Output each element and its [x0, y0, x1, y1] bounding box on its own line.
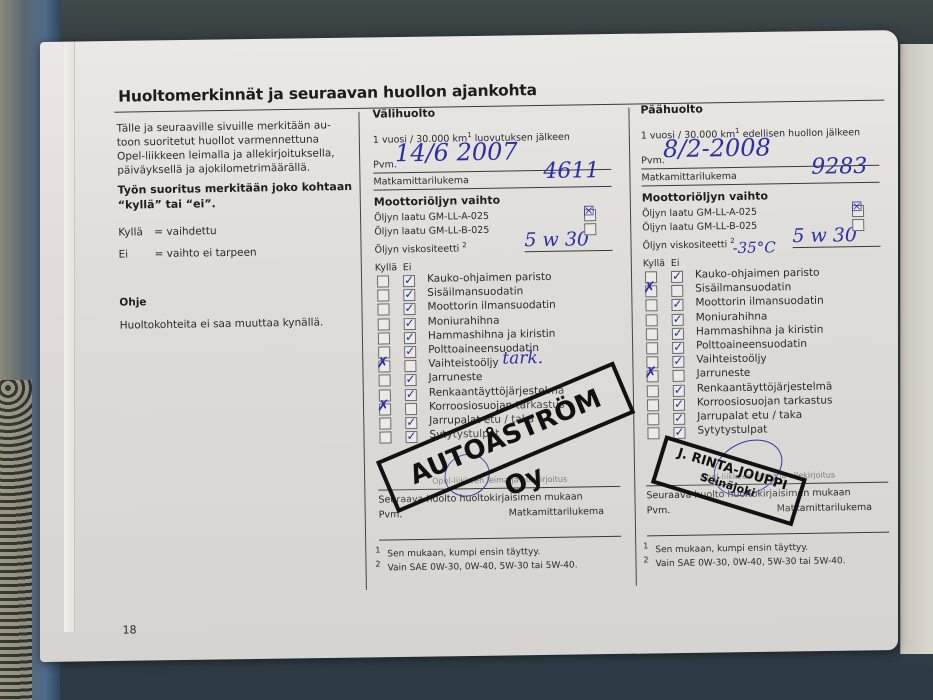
- note-text: Huoltokohteita ei saa muuttaa kynällä.: [120, 315, 324, 332]
- no-checkbox[interactable]: ✓: [405, 374, 417, 386]
- handwritten-date[interactable]: 8/2-2008: [663, 133, 771, 163]
- checklist-row: ✗Korroosiosuojan tarkastus: [0, 0, 928, 8]
- check-mark-icon: ✓: [672, 297, 682, 311]
- column-divider: [358, 112, 367, 590]
- check-mark-icon: ✓: [405, 316, 415, 330]
- checklist-row: ✓Kauko-ohjaimen paristo: [0, 0, 928, 8]
- no-checkbox[interactable]: ✓: [404, 346, 416, 358]
- viscosity-text: Öljyn viskositeetti: [374, 243, 459, 255]
- oil-change-heading: Moottoriöljyn vaihto: [642, 189, 768, 205]
- yes-checkbox[interactable]: [379, 375, 391, 387]
- oil-b-checkbox[interactable]: [584, 223, 596, 235]
- oil-a-checkbox[interactable]: ☒: [852, 205, 864, 217]
- handwritten-date[interactable]: 14/6 2007: [395, 137, 518, 167]
- intro-section: Tälle ja seuraaville sivuille merkitään …: [0, 0, 928, 8]
- check-mark-icon: ✓: [673, 311, 683, 325]
- no-checkbox[interactable]: [673, 370, 685, 382]
- yes-checkbox[interactable]: [647, 385, 659, 397]
- no-checkbox[interactable]: ✓: [403, 303, 415, 315]
- footnote-ref: 2: [462, 241, 467, 249]
- legend-value-no: = vaihto ei tarpeen: [155, 245, 257, 261]
- oil-b-checkbox[interactable]: [852, 219, 864, 231]
- check-mark-icon: ✓: [673, 354, 683, 368]
- no-checkbox[interactable]: [404, 360, 416, 372]
- yes-checkbox[interactable]: [647, 427, 659, 439]
- yes-checkbox[interactable]: [378, 318, 390, 330]
- checklist-item-label: Moottorin ilmansuodatin: [695, 295, 823, 309]
- checklist-row: ✓Jarrupalat etu / taka: [0, 0, 928, 8]
- checklist-row: ✓Sytytystulpat: [0, 0, 928, 8]
- yes-checkbox[interactable]: ✗: [378, 361, 390, 373]
- no-checkbox[interactable]: ✓: [671, 271, 683, 283]
- checklist-item-label: Korroosiosuojan tarkastus: [697, 394, 833, 408]
- check-mark-icon: ✓: [405, 344, 415, 358]
- note-heading: Ohje: [119, 295, 146, 309]
- no-checkbox[interactable]: ✓: [404, 332, 416, 344]
- checklist-row: ✗Jarruneste: [0, 0, 928, 8]
- yes-checkbox[interactable]: [647, 413, 659, 425]
- yes-checkbox[interactable]: [377, 304, 389, 316]
- checklist-row: ✓Renkaantäyttöjärjestelmä: [0, 0, 928, 8]
- yes-checkbox[interactable]: [646, 342, 658, 354]
- oil-a-checkbox[interactable]: ☒: [584, 209, 596, 221]
- check-mark-icon: ✓: [674, 382, 684, 396]
- check-mark-icon: ✓: [672, 269, 682, 283]
- column-divider: [628, 108, 637, 586]
- viscosity-label: Öljyn viskositeetti 2: [642, 234, 734, 254]
- yes-checkbox[interactable]: [646, 328, 658, 340]
- legend-key-yes: Kyllä: [118, 225, 143, 239]
- instruction-line: Työn suoritus merkitään joko kohtaan: [117, 180, 352, 198]
- checklist-row: ✓Renkaantäyttöjärjestelmä: [0, 0, 928, 8]
- checklist-item-label: Renkaantäyttöjärjestelmä: [697, 380, 833, 394]
- yes-checkbox[interactable]: ✗: [645, 285, 657, 297]
- viscosity-text: Öljyn viskositeetti: [642, 239, 727, 251]
- checklist-item-label: Jarruneste: [696, 367, 750, 380]
- checklist-row: ✓Jarruneste: [0, 0, 928, 8]
- checklist-row: ✓Hammashihna ja kiristin: [0, 0, 928, 8]
- check-mark-icon: ✓: [673, 340, 683, 354]
- odometer-label: Matkamittarilukema: [373, 174, 469, 189]
- checklist-row: ✓Sisäilmansuodatin: [0, 0, 928, 8]
- checklist-row: ✓Moniurahihna: [0, 0, 928, 8]
- footnote-2: Vain SAE 0W-30, 0W-40, 5W-30 tai 5W-40.: [655, 554, 845, 571]
- cross-mark-icon: ✗: [644, 366, 657, 380]
- next-date-label: Pvm.: [647, 504, 671, 518]
- no-checkbox[interactable]: ✓: [403, 275, 415, 287]
- check-mark-icon: ✓: [404, 301, 414, 315]
- checklist-item-label: Sisäilmansuodatin: [427, 286, 523, 300]
- no-checkbox[interactable]: ✓: [671, 299, 683, 311]
- odometer-label: Matkamittarilukema: [641, 170, 737, 185]
- handwritten-viscosity[interactable]: 5 w 30: [792, 224, 857, 247]
- handwritten-gear-oil-note[interactable]: tark.: [502, 348, 543, 369]
- yes-checkbox[interactable]: [645, 300, 657, 312]
- footnote-divider: [647, 532, 889, 537]
- page-content: Huoltomerkinnät ja seuraavan huollon aja…: [0, 0, 933, 700]
- footnote-2: Vain SAE 0W-30, 0W-40, 5W-30 tai 5W-40.: [387, 558, 577, 575]
- checklist-item-label: Sisäilmansuodatin: [695, 281, 791, 295]
- service-column-paahuolto: Päähuolto1 vuosi / 30.000 km1 edellisen …: [0, 0, 928, 8]
- check-mark-icon: ✓: [404, 273, 414, 287]
- legend-key-no: Ei: [119, 248, 129, 262]
- service-name: Välihuolto: [372, 107, 435, 122]
- viscosity-label: Öljyn viskositeetti 2: [374, 238, 466, 258]
- service-column-valihuolto: Välihuolto1 vuosi / 30.000 km1 luovutuks…: [0, 0, 928, 8]
- check-mark-icon: ✓: [404, 287, 414, 301]
- service-name: Päähuolto: [640, 102, 703, 117]
- checklist-item-label: Kauko-ohjaimen paristo: [427, 271, 552, 285]
- instruction-line: “kyllä” tai “ei”.: [118, 197, 216, 213]
- handwritten-temperature[interactable]: -35°C: [732, 238, 775, 257]
- page-number: 18: [122, 623, 136, 636]
- page-title: Huoltomerkinnät ja seuraavan huollon aja…: [118, 81, 537, 106]
- checklist-row: ✓Vaihteistoöljy: [0, 0, 928, 8]
- check-mark-icon: ✓: [406, 429, 416, 443]
- check-mark-icon: ✓: [674, 397, 684, 411]
- checklist-item-label: Moniurahihna: [428, 314, 500, 327]
- footnote-2-num: 2: [643, 553, 648, 567]
- check-mark-icon: ✓: [405, 330, 415, 344]
- no-checkbox[interactable]: ✓: [405, 389, 417, 401]
- checklist-item-label: Vaihteistoöljy: [428, 357, 499, 370]
- checklist-item-label: Vaihteistoöljy: [696, 353, 767, 366]
- checklist-row: ✗Vaihteistoöljy: [0, 0, 928, 8]
- no-checkbox[interactable]: ✓: [405, 431, 417, 443]
- yes-checkbox[interactable]: [378, 332, 390, 344]
- yes-checkbox[interactable]: [646, 314, 658, 326]
- yes-checkbox[interactable]: [647, 399, 659, 411]
- oil-quality-b-label: Öljyn laatu GM-LL-B-025: [642, 220, 757, 236]
- check-mark-icon: ✓: [674, 411, 684, 425]
- checklist-row: ✓Jarrupalat etu / taka: [0, 0, 928, 8]
- no-checkbox[interactable]: [671, 285, 683, 297]
- no-checkbox[interactable]: ✓: [403, 289, 415, 301]
- handwritten-odometer[interactable]: 9283: [811, 154, 867, 180]
- check-mark-icon: ✓: [674, 425, 684, 439]
- checklist-item-label: Hammashihna ja kiristin: [696, 323, 824, 337]
- check-mark-icon: ✓: [406, 387, 416, 401]
- checklist-row: ✓Kauko-ohjaimen paristo: [0, 0, 928, 8]
- checklist-row: ✓Moottorin ilmansuodatin: [0, 0, 928, 8]
- intro-line: päiväyksellä ja ajokilometrimäärällä.: [117, 161, 310, 178]
- no-checkbox[interactable]: ✓: [672, 313, 684, 325]
- checklist-item-label: Polttoaineensuodatin: [696, 338, 807, 352]
- oil-change-heading: Moottoriöljyn vaihto: [374, 194, 500, 210]
- footnote-1-num: 1: [375, 544, 380, 558]
- yes-checkbox[interactable]: [377, 275, 389, 287]
- yes-checkbox[interactable]: [379, 432, 391, 444]
- oil-quality-b-label: Öljyn laatu GM-LL-B-025: [374, 224, 489, 240]
- checklist-item-label: Jarruneste: [428, 371, 482, 384]
- checklist-item-label: Kauko-ohjaimen paristo: [695, 267, 820, 281]
- check-mark-icon: ☒: [851, 201, 863, 215]
- checklist-item-label: Jarrupalat etu / taka: [697, 409, 802, 423]
- checklist-item-label: Sytytystulpat: [697, 424, 767, 437]
- checklist-row: ✓Korroosiosuojan tarkastus: [0, 0, 928, 8]
- date-label: Pvm.: [641, 154, 665, 168]
- no-checkbox[interactable]: ✓: [404, 318, 416, 330]
- no-checkbox[interactable]: ✓: [672, 328, 684, 340]
- yes-checkbox[interactable]: [379, 417, 391, 429]
- cross-mark-icon: ✗: [377, 398, 390, 412]
- no-checkbox[interactable]: ✓: [672, 356, 684, 368]
- yes-column-header: Kyllä: [375, 261, 397, 275]
- check-mark-icon: ✓: [673, 326, 683, 340]
- no-checkbox[interactable]: ✓: [405, 417, 417, 429]
- checklist-row: ✓Sytytystulpat: [0, 0, 928, 8]
- handwritten-viscosity[interactable]: 5 w 30: [524, 228, 589, 251]
- no-checkbox[interactable]: ✓: [673, 413, 685, 425]
- date-label: Pvm.: [373, 158, 397, 172]
- checklist-row: ✓Moottorin ilmansuodatin: [0, 0, 928, 8]
- footnote-1-num: 1: [643, 539, 648, 553]
- yes-column-header: Kyllä: [643, 257, 665, 271]
- no-checkbox[interactable]: ✓: [672, 342, 684, 354]
- checklist-row: ✓Moniurahihna: [0, 0, 928, 8]
- no-checkbox[interactable]: ✓: [673, 384, 685, 396]
- check-mark-icon: ✓: [406, 415, 416, 429]
- footnote-2-num: 2: [375, 558, 380, 572]
- yes-checkbox[interactable]: [377, 290, 389, 302]
- check-mark-icon: ✓: [406, 372, 416, 386]
- yes-checkbox[interactable]: ✗: [379, 403, 391, 415]
- checklist-row: ✓Polttoaineensuodatin: [0, 0, 928, 8]
- yes-checkbox[interactable]: ✗: [647, 371, 659, 383]
- checklist-row: ✓Hammashihna ja kiristin: [0, 0, 928, 8]
- checklist-item-label: Moniurahihna: [696, 310, 768, 323]
- no-checkbox[interactable]: [405, 403, 417, 415]
- checklist-item-label: Moottorin ilmansuodatin: [427, 299, 555, 313]
- check-mark-icon: ☒: [583, 205, 595, 219]
- checklist-item-label: Hammashihna ja kiristin: [428, 328, 556, 342]
- handwritten-odometer[interactable]: 4611: [543, 158, 599, 184]
- no-checkbox[interactable]: ✓: [673, 399, 685, 411]
- cross-mark-icon: ✗: [376, 356, 389, 370]
- checklist-row: ✗Sisäilmansuodatin: [0, 0, 928, 8]
- cross-mark-icon: ✗: [643, 280, 656, 294]
- legend-value-yes: = vaihdettu: [154, 224, 217, 239]
- checklist-row: ✓Polttoaineensuodatin: [0, 0, 928, 8]
- footnote-divider: [379, 536, 621, 541]
